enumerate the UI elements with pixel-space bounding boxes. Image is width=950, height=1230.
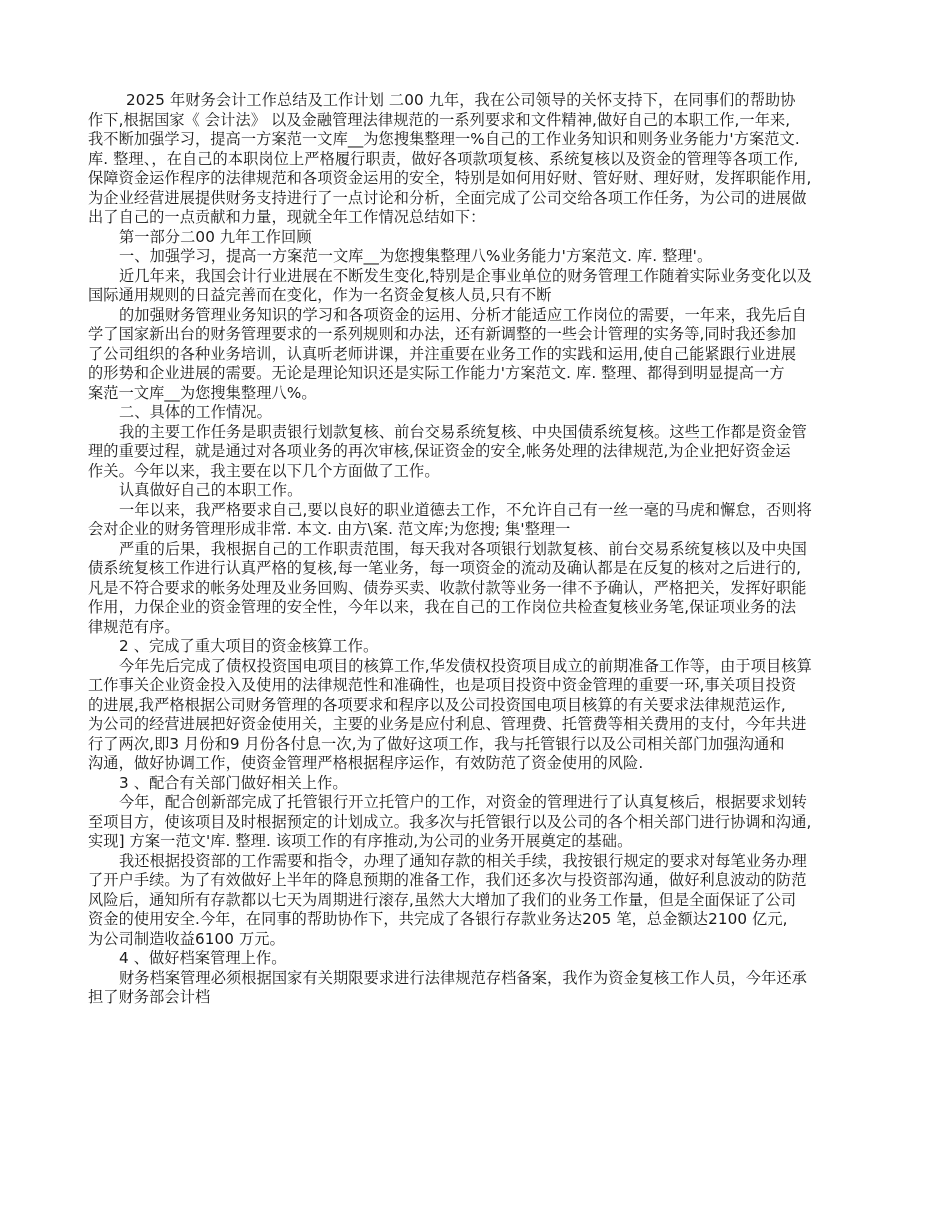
text-line: 债系统复核工作进行认真严格的复核,每一笔业务，每一项资金的流动及确认都是在反复的… [88,559,863,579]
text-line: 二、具体的工作情况。 [88,403,863,423]
text-line: 我的主要工作任务是职责银行划款复核、前台交易系统复核、中央国债系统复核。这些工作… [88,423,863,443]
text-line: 案范一文库__为您搜集整理八%。 [88,384,863,404]
text-line: 财务档案管理必须根据国家有关期限要求进行法律规范存档备案，我作为资金复核工作人员… [88,969,863,989]
text-line: 作用，力保企业的资金管理的安全性，今年以来，我在自己的工作岗位共检查复核业务笔,… [88,598,863,618]
text-line: 了开户手续。为了有效做好上半年的降息预期的准备工作，我们还多次与投资部沟通，做好… [88,871,863,891]
text-line: 风险后，通知所有存款都以七天为周期进行滚存,虽然大大增加了我们的业务工作量，但是… [88,891,863,911]
text-line: 国际通用规则的日益完善而在变化，作为一名资金复核人员,只有不断 [88,286,863,306]
text-line: 实现] 方案一范文'库. 整理. 该项工作的有序推动,为公司的业务开展奠定的基础… [88,832,863,852]
document-body: 2025 年财务会计工作总结及工作计划 二00 九年，我在公司领导的关怀支持下，… [88,91,863,1008]
text-line: 的加强财务管理业务知识的学习和各项资金的运用、分析才能适应工作岗位的需要，一年来… [88,306,863,326]
text-line: 工作事关企业资金投入及使用的法律规范性和准确性，也是项目投资中资金管理的重要一环… [88,676,863,696]
text-line: 了公司组织的各种业务培训，认真听老师讲课，并注重要在业务工作的实践和运用,使自己… [88,345,863,365]
text-line: 今年，配合创新部完成了托管银行开立托管户的工作，对资金的管理进行了认真复核后，根… [88,793,863,813]
text-line: 3 、配合有关部门做好相关上作。 [88,774,863,794]
text-line: 理的重要过程，就是通过对各项业务的再次审核,保证资金的安全,帐务处理的法律规范,… [88,442,863,462]
text-line: 行了两次,即3 月份和9 月份各付息一次,为了做好这项工作，我与托管银行以及公司… [88,735,863,755]
text-line: 库. 整理、，在自己的本职岗位上严格履行职责，做好各项款项复核、系统复核以及资金… [88,150,863,170]
text-line: 学了国家新出台的财务管理要求的一系列规则和办法，还有新调整的一些会计管理的实务等… [88,325,863,345]
text-line: 凡是不符合要求的帐务处理及业务回购、债券买卖、收款付款等业务一律不予确认，严格把… [88,579,863,599]
text-line: 资金的使用安全.今年，在同事的帮助协作下，共完成了各银行存款业务达205 笔，总… [88,910,863,930]
text-line: 为公司的经营进展把好资金使用关，主要的业务是应付利息、管理费、托管费等相关费用的… [88,715,863,735]
text-line: 2025 年财务会计工作总结及工作计划 二00 九年，我在公司领导的关怀支持下，… [88,91,863,111]
text-line: 的进展,我严格根据公司财务管理的各项要求和程序以及公司投资国电项目核算的有关要求… [88,696,863,716]
text-line: 严重的后果，我根据自己的工作职责范围，每天我对各项银行划款复核、前台交易系统复核… [88,540,863,560]
text-line: 作关。今年以来，我主要在以下几个方面做了工作。 [88,462,863,482]
text-line: 2 、完成了重大项目的资金核算工作。 [88,637,863,657]
text-line: 近几年来，我国会计行业进展在不断发生变化,特别是企事业单位的财务管理工作随着实际… [88,267,863,287]
text-line: 为企业经营进展提供财务支持进行了一点讨论和分析，全面完成了公司交给各项工作任务，… [88,189,863,209]
text-line: 律规范有序。 [88,618,863,638]
text-line: 保障资金运作程序的法律规范和各项资金运用的安全，特别是如何用好财、管好财、理好财… [88,169,863,189]
text-line: 会对企业的财务管理形成非常. 本文. 由方\案. 范文库;为您搜; 集'整理一 [88,520,863,540]
text-line: 担了财务部会计档 [88,988,863,1008]
text-line: 认真做好自己的本职工作。 [88,481,863,501]
text-line: 一年以来，我严格要求自己,要以良好的职业道德去工作，不允许自己有一丝一毫的马虎和… [88,501,863,521]
text-line: 的形势和企业进展的需要。无论是理论知识还是实际工作能力'方案范文. 库. 整理、… [88,364,863,384]
text-line: 4 、做好档案管理上作。 [88,949,863,969]
text-line: 至项目方，使该项目及时根据预定的计划成立。我多次与托管银行以及公司的各个相关部门… [88,813,863,833]
text-line: 一、加强学习，提高一方案范一文库__为您搜集整理八%业务能力'方案范文. 库. … [88,247,863,267]
text-line: 我还根据投资部的工作需要和指令，办理了通知存款的相关手续，我按银行规定的要求对每… [88,852,863,872]
text-line: 沟通，做好协调工作，使资金管理严格根据程序运作，有效防范了资金使用的风险. [88,754,863,774]
text-line: 作下,根据国家《 会计法》 以及金融管理法律规范的一系列要求和文件精神,做好自己… [88,111,863,131]
text-line: 今年先后完成了债权投资国电项目的核算工作,华发债权投资项目成立的前期准备工作等，… [88,657,863,677]
text-line: 我不断加强学习，提高一方案范一文库__为您搜集整理一%自己的工作业务知识和则务业… [88,130,863,150]
text-line: 为公司制造收益6100 万元。 [88,930,863,950]
text-line: 出了自己的一点贡献和力量，现就全年工作情况总结如下： [88,208,863,228]
text-line: 第一部分二00 九年工作回顾 [88,228,863,248]
